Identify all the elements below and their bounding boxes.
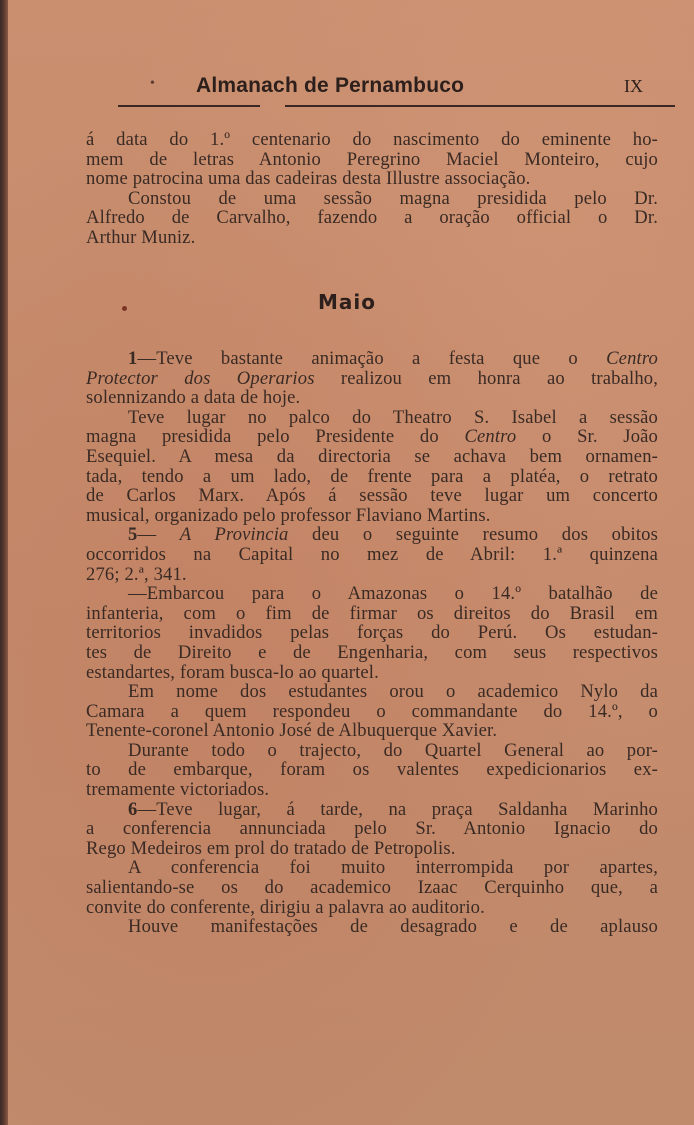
running-header: • Almanach de Pernambuco IX bbox=[0, 74, 694, 104]
entry-line: tada, tendo a um lado, de frente para a … bbox=[86, 467, 658, 487]
entry-line: occorridos na Capital no mez de Abril: 1… bbox=[86, 545, 658, 565]
text-line: Constou de uma sessão magna presidida pe… bbox=[86, 189, 658, 209]
text-line: Arthur Muniz. bbox=[86, 228, 658, 248]
italic-run: Centro bbox=[606, 348, 658, 369]
book-page: • Almanach de Pernambuco IX á data do 1.… bbox=[0, 0, 694, 1125]
entry-line: territorios invadidos pelas forças do Pe… bbox=[86, 623, 658, 643]
text-run: —Teve lugar, á tarde, na praça Saldanha … bbox=[137, 799, 658, 820]
entry-line: —Embarcou para o Amazonas o 14.º batalhã… bbox=[86, 584, 658, 604]
text-line: á data do 1.º centenario do nascimento d… bbox=[86, 130, 658, 150]
entry-line: de Carlos Marx. Após á sessão teve lugar… bbox=[86, 486, 658, 506]
entry-line: Esequiel. A mesa da directoria se achava… bbox=[86, 447, 658, 467]
entry-line: musical, organizado pelo professor Flavi… bbox=[86, 506, 658, 526]
header-rule-left bbox=[118, 105, 260, 107]
text-run: — bbox=[137, 524, 179, 545]
text-line: mem de letras Antonio Peregrino Maciel M… bbox=[86, 150, 658, 170]
entry-line: to de embarque, foram os valentes expedi… bbox=[86, 760, 658, 780]
running-title: Almanach de Pernambuco bbox=[196, 74, 464, 98]
text-run: magna presidida pelo Presidente do bbox=[86, 426, 464, 447]
entry-line: Protector dos Operarios realizou em honr… bbox=[86, 369, 658, 389]
month-entries: 1—Teve bastante animação a festa que o C… bbox=[86, 349, 658, 937]
entry-line: Rego Medeiros em prol do tratado de Petr… bbox=[86, 839, 658, 859]
entry-line: tes de Direito e de Engenharia, com seus… bbox=[86, 643, 658, 663]
text-line: nome patrocina uma das cadeiras desta Il… bbox=[86, 169, 658, 189]
text-line: Alfredo de Carvalho, fazendo a oração of… bbox=[86, 208, 658, 228]
italic-run: Centro bbox=[464, 426, 516, 447]
text-run: deu o seguinte resumo dos obitos bbox=[288, 524, 658, 545]
entry-line: estandartes, foram busca-lo ao quartel. bbox=[86, 663, 658, 683]
entry-line: Em nome dos estudantes orou o academico … bbox=[86, 682, 658, 702]
entry-line: A conferencia foi muito interrompida por… bbox=[86, 858, 658, 878]
header-rule-right bbox=[285, 105, 675, 107]
entry-line: a conferencia annunciada pelo Sr. Antoni… bbox=[86, 819, 658, 839]
entry-line: 6—Teve lugar, á tarde, na praça Saldanha… bbox=[86, 800, 658, 820]
entry-line: solennizando a data de hoje. bbox=[86, 388, 658, 408]
section-heading: Maio bbox=[0, 290, 694, 314]
entry-line: Camara a quem respondeu o commandante do… bbox=[86, 702, 658, 722]
italic-run: Protector dos Operarios bbox=[86, 368, 315, 389]
entry-line: Teve lugar no palco do Theatro S. Isabel… bbox=[86, 408, 658, 428]
entry-line: convite do conferente, dirigiu a palavra… bbox=[86, 898, 658, 918]
entry-line: 276; 2.ª, 341. bbox=[86, 565, 658, 585]
entry-line: Houve manifestações de desagrado e de ap… bbox=[86, 917, 658, 937]
entry-line: tremamente victoriados. bbox=[86, 780, 658, 800]
entry-line: 5— A Provincia deu o seguinte resumo dos… bbox=[86, 525, 658, 545]
text-run: o Sr. João bbox=[516, 426, 658, 447]
text-run: realizou em honra ao trabalho, bbox=[315, 368, 658, 389]
book-spine bbox=[0, 0, 8, 1125]
entry-line: salientando-se os do academico Izaac Cer… bbox=[86, 878, 658, 898]
italic-run: A Provincia bbox=[180, 524, 289, 545]
page-number: IX bbox=[624, 76, 643, 97]
entry-line: 1—Teve bastante animação a festa que o C… bbox=[86, 349, 658, 369]
text-run: —Teve bastante animação a festa que o bbox=[137, 348, 606, 369]
intro-paragraphs: á data do 1.º centenario do nascimento d… bbox=[86, 130, 658, 248]
entry-line: Tenente-coronel Antonio José de Albuquer… bbox=[86, 721, 658, 741]
header-ornament-icon: • bbox=[150, 76, 155, 92]
entry-line: magna presidida pelo Presidente do Centr… bbox=[86, 427, 658, 447]
entry-line: infanteria, com o fim de firmar os direi… bbox=[86, 604, 658, 624]
entry-line: Durante todo o trajecto, do Quartel Gene… bbox=[86, 741, 658, 761]
